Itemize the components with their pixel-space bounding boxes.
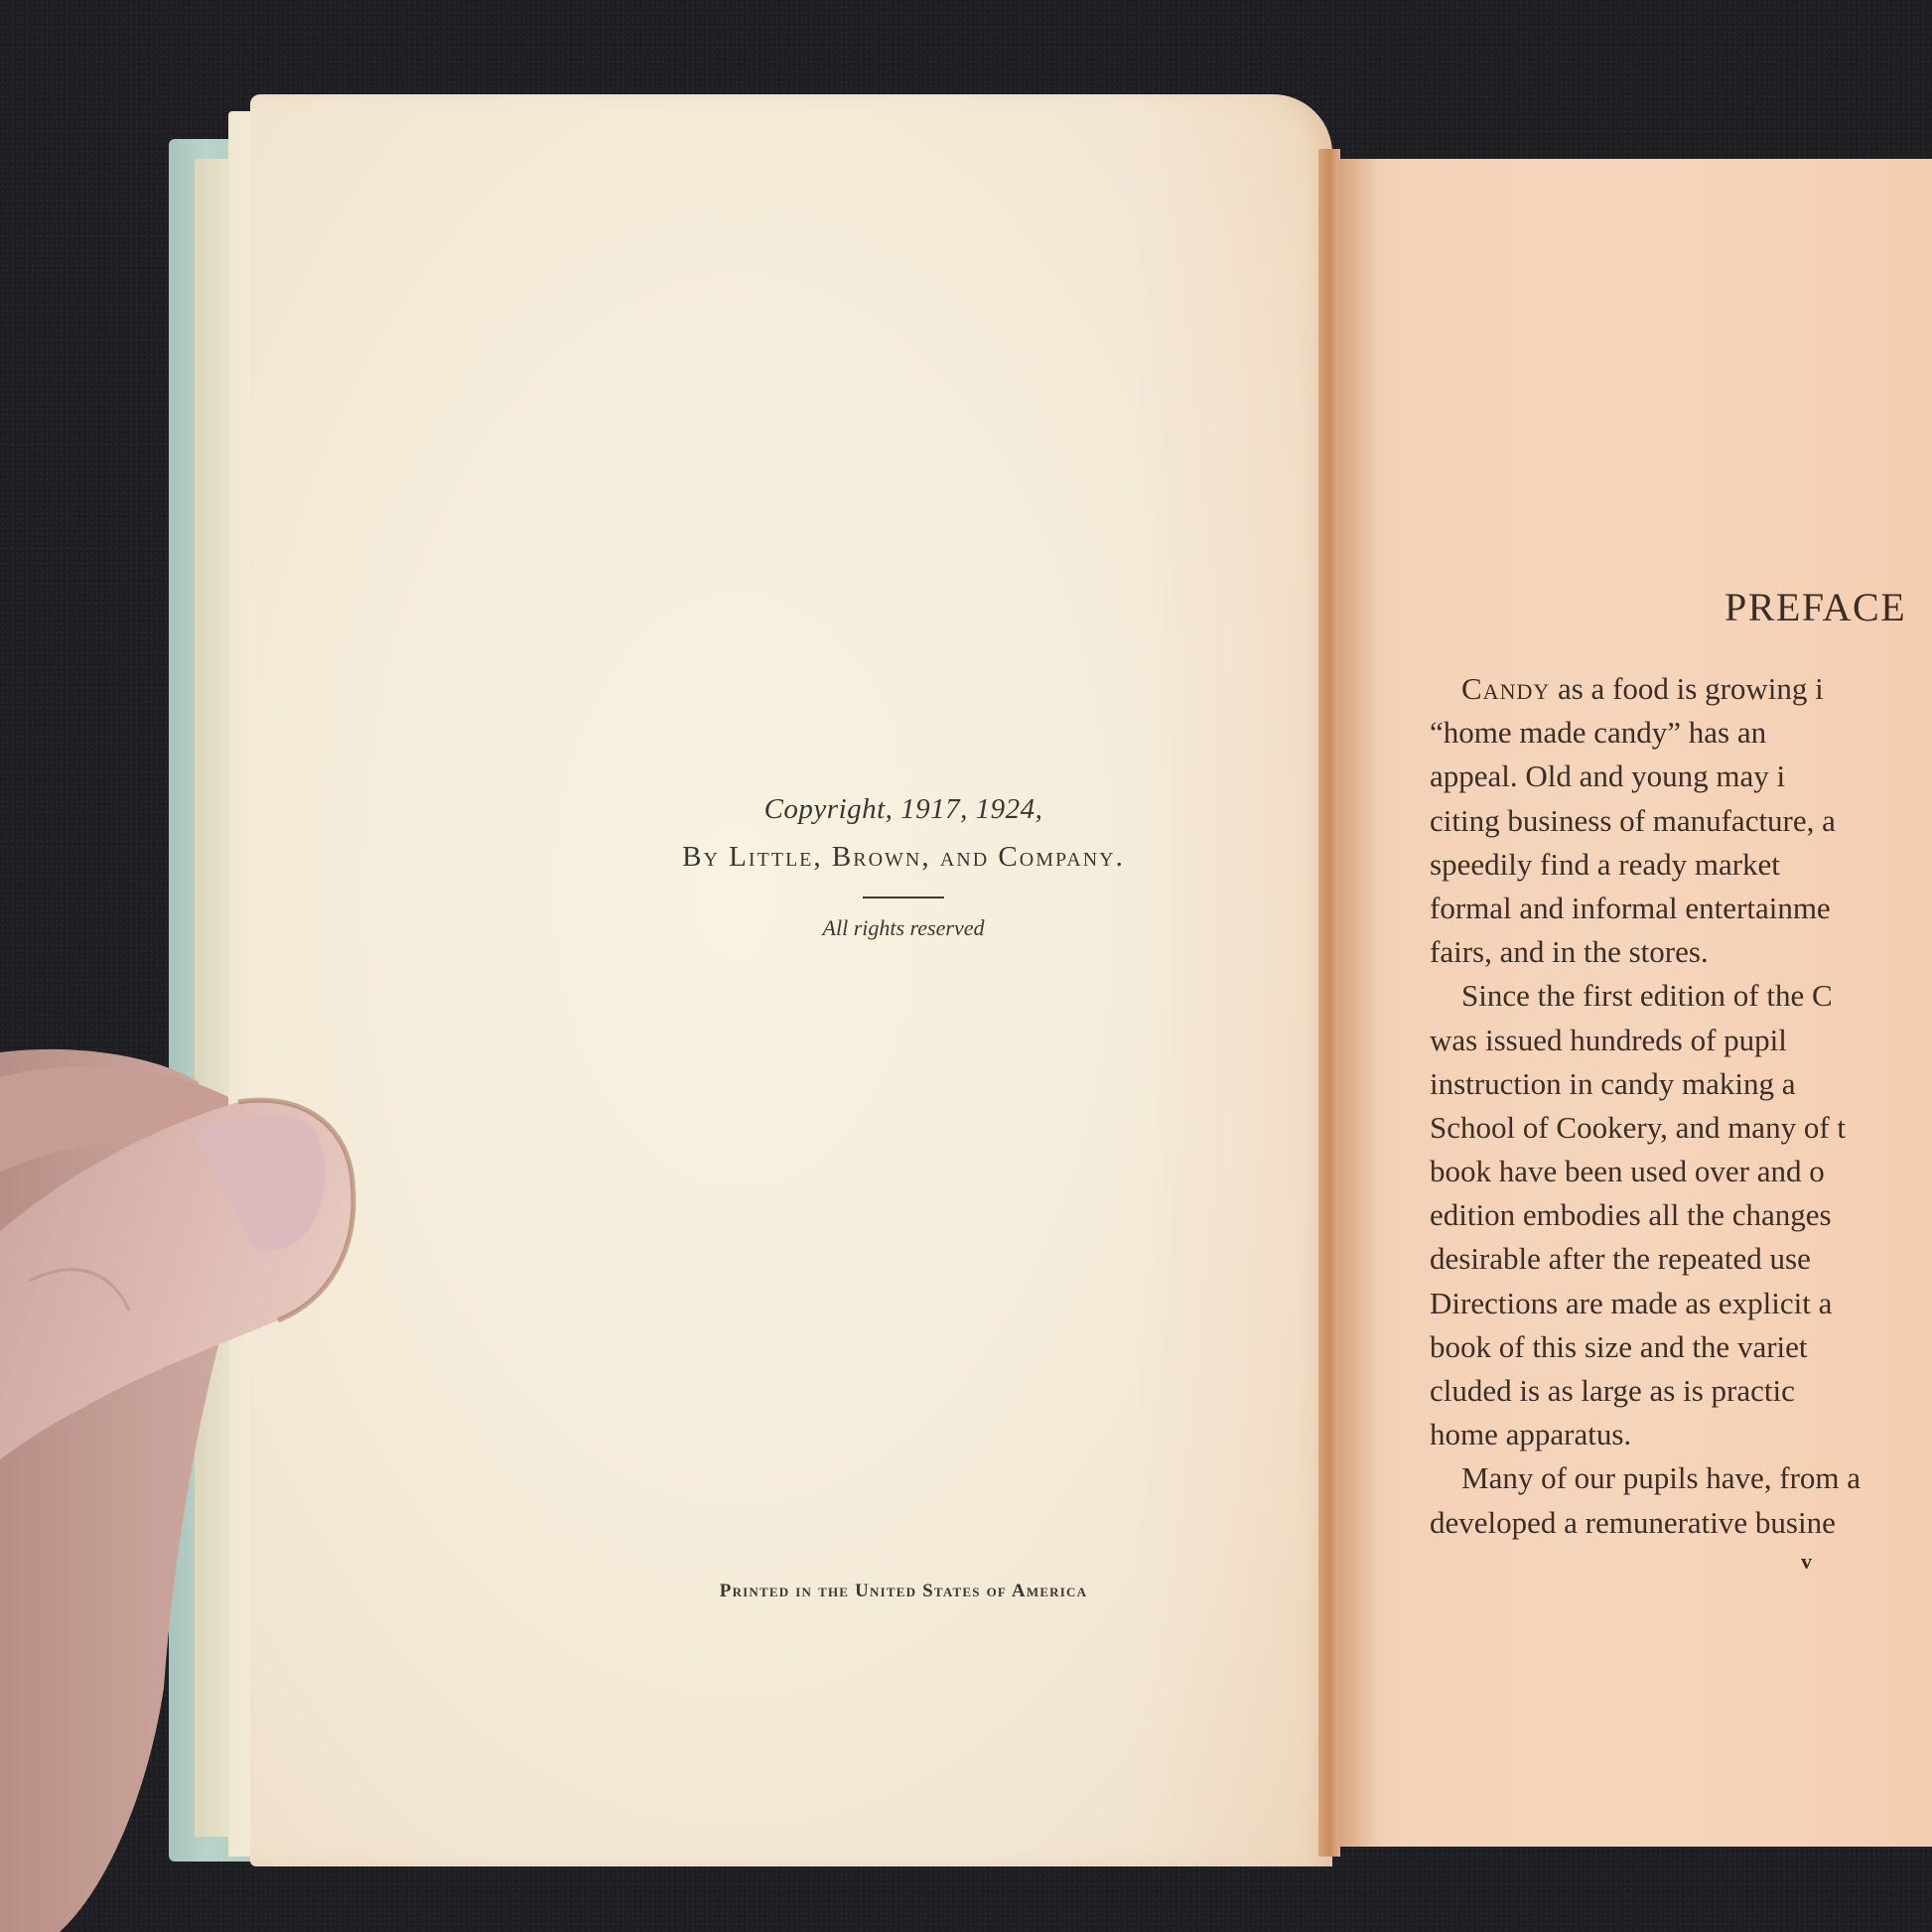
preface-line: edition embodies all the changes: [1430, 1193, 1932, 1237]
divider-rule: [863, 897, 944, 898]
preface-line: Since the first edition of the C: [1430, 974, 1932, 1018]
preface-line: Directions are made as explicit a: [1430, 1282, 1932, 1325]
copyright-block: Copyright, 1917, 1924, By Little, Brown,…: [645, 789, 1162, 948]
preface-line: appeal. Old and young may i: [1430, 755, 1932, 798]
preface-line: Candy as a food is growing i: [1430, 667, 1932, 711]
preface-line: developed a remunerative busine: [1430, 1501, 1932, 1545]
preface-line: formal and informal entertainme: [1430, 887, 1932, 930]
preface-line: desirable after the repeated use: [1430, 1237, 1932, 1281]
rights-line: All rights reserved: [645, 908, 1162, 948]
lead-word: Candy: [1461, 671, 1550, 706]
printed-in-line: Printed in the United States of America: [665, 1581, 1142, 1602]
page-number: v: [1801, 1549, 1812, 1575]
preface-title: PREFACE: [1725, 584, 1906, 630]
preface-line: citing business of manufacture, a: [1430, 799, 1932, 843]
preface-line: was issued hundreds of pupil: [1430, 1019, 1932, 1062]
preface-line: cluded is as large as is practic: [1430, 1369, 1932, 1413]
preface-line: instruction in candy making a: [1430, 1062, 1932, 1106]
preface-line: School of Cookery, and many of t: [1430, 1106, 1932, 1150]
preface-line: fairs, and in the stores.: [1430, 930, 1932, 974]
gutter-shadow: [1338, 159, 1378, 1847]
preface-line: book have been used over and o: [1430, 1150, 1932, 1193]
book-gutter: [1318, 149, 1340, 1857]
preface-line: home apparatus.: [1430, 1413, 1932, 1456]
preface-line: “home made candy” has an: [1430, 711, 1932, 755]
publisher-line: By Little, Brown, and Company.: [645, 831, 1162, 883]
copyright-line: Copyright, 1917, 1924,: [645, 789, 1162, 829]
preface-line: Many of our pupils have, from a: [1430, 1456, 1932, 1500]
preface-body: Candy as a food is growing i “home made …: [1430, 667, 1932, 1545]
preface-line: book of this size and the variet: [1430, 1325, 1932, 1369]
preface-line: speedily find a ready market: [1430, 843, 1932, 887]
